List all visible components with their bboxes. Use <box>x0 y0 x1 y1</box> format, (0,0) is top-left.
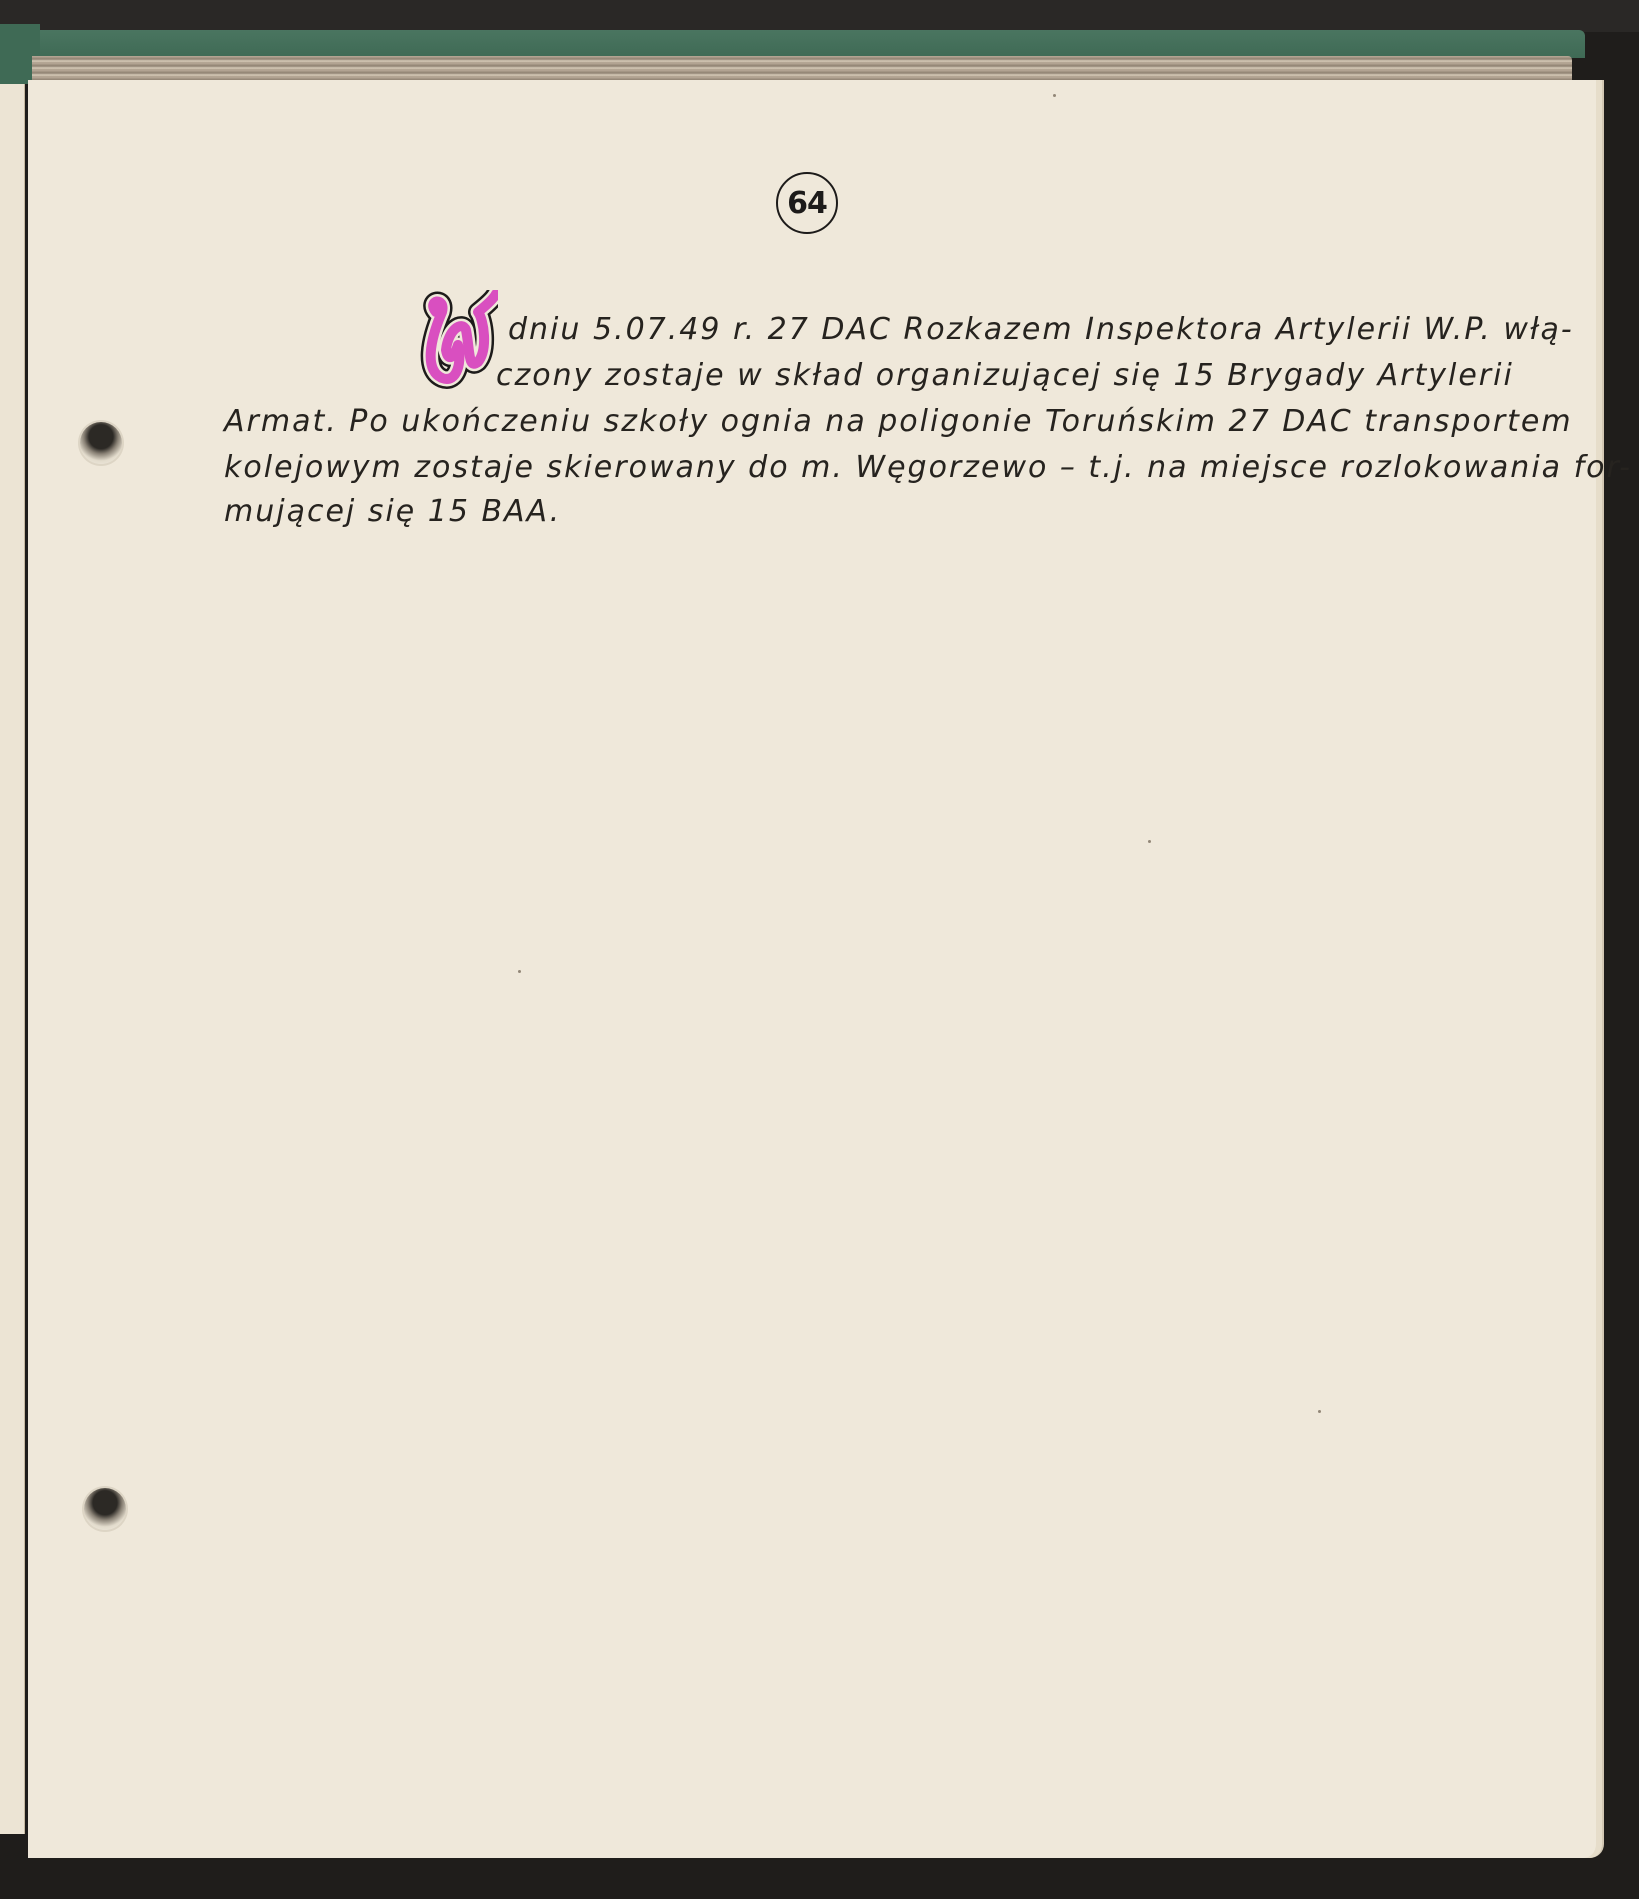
book-cover-green-edge <box>0 30 1585 58</box>
paper-speck <box>1148 840 1151 843</box>
handwritten-line-5: mującej się 15 BAA. <box>224 494 561 529</box>
paper-speck <box>1053 94 1056 97</box>
paper-speck <box>518 970 521 973</box>
previous-page-strip <box>0 84 25 1834</box>
handwritten-line-3: Armat. Po ukończeniu szkoły ognia na pol… <box>224 404 1573 439</box>
handwritten-line-1: dniu 5.07.49 r. 27 DAC Rozkazem Inspekto… <box>508 312 1574 347</box>
handwritten-line-2: czony zostaje w skład organizującej się … <box>496 358 1514 393</box>
paper-speck <box>1318 1410 1321 1413</box>
page-stack-edges <box>32 56 1572 82</box>
binding-hole-icon <box>84 1488 126 1530</box>
decorative-initial-w-icon <box>418 290 498 390</box>
handwritten-line-4: kolejowym zostaje skierowany do m. Węgor… <box>224 450 1632 485</box>
book-cover-background <box>0 0 1639 32</box>
page-number-circle: 64 <box>776 172 838 234</box>
binding-hole-icon <box>80 422 122 464</box>
